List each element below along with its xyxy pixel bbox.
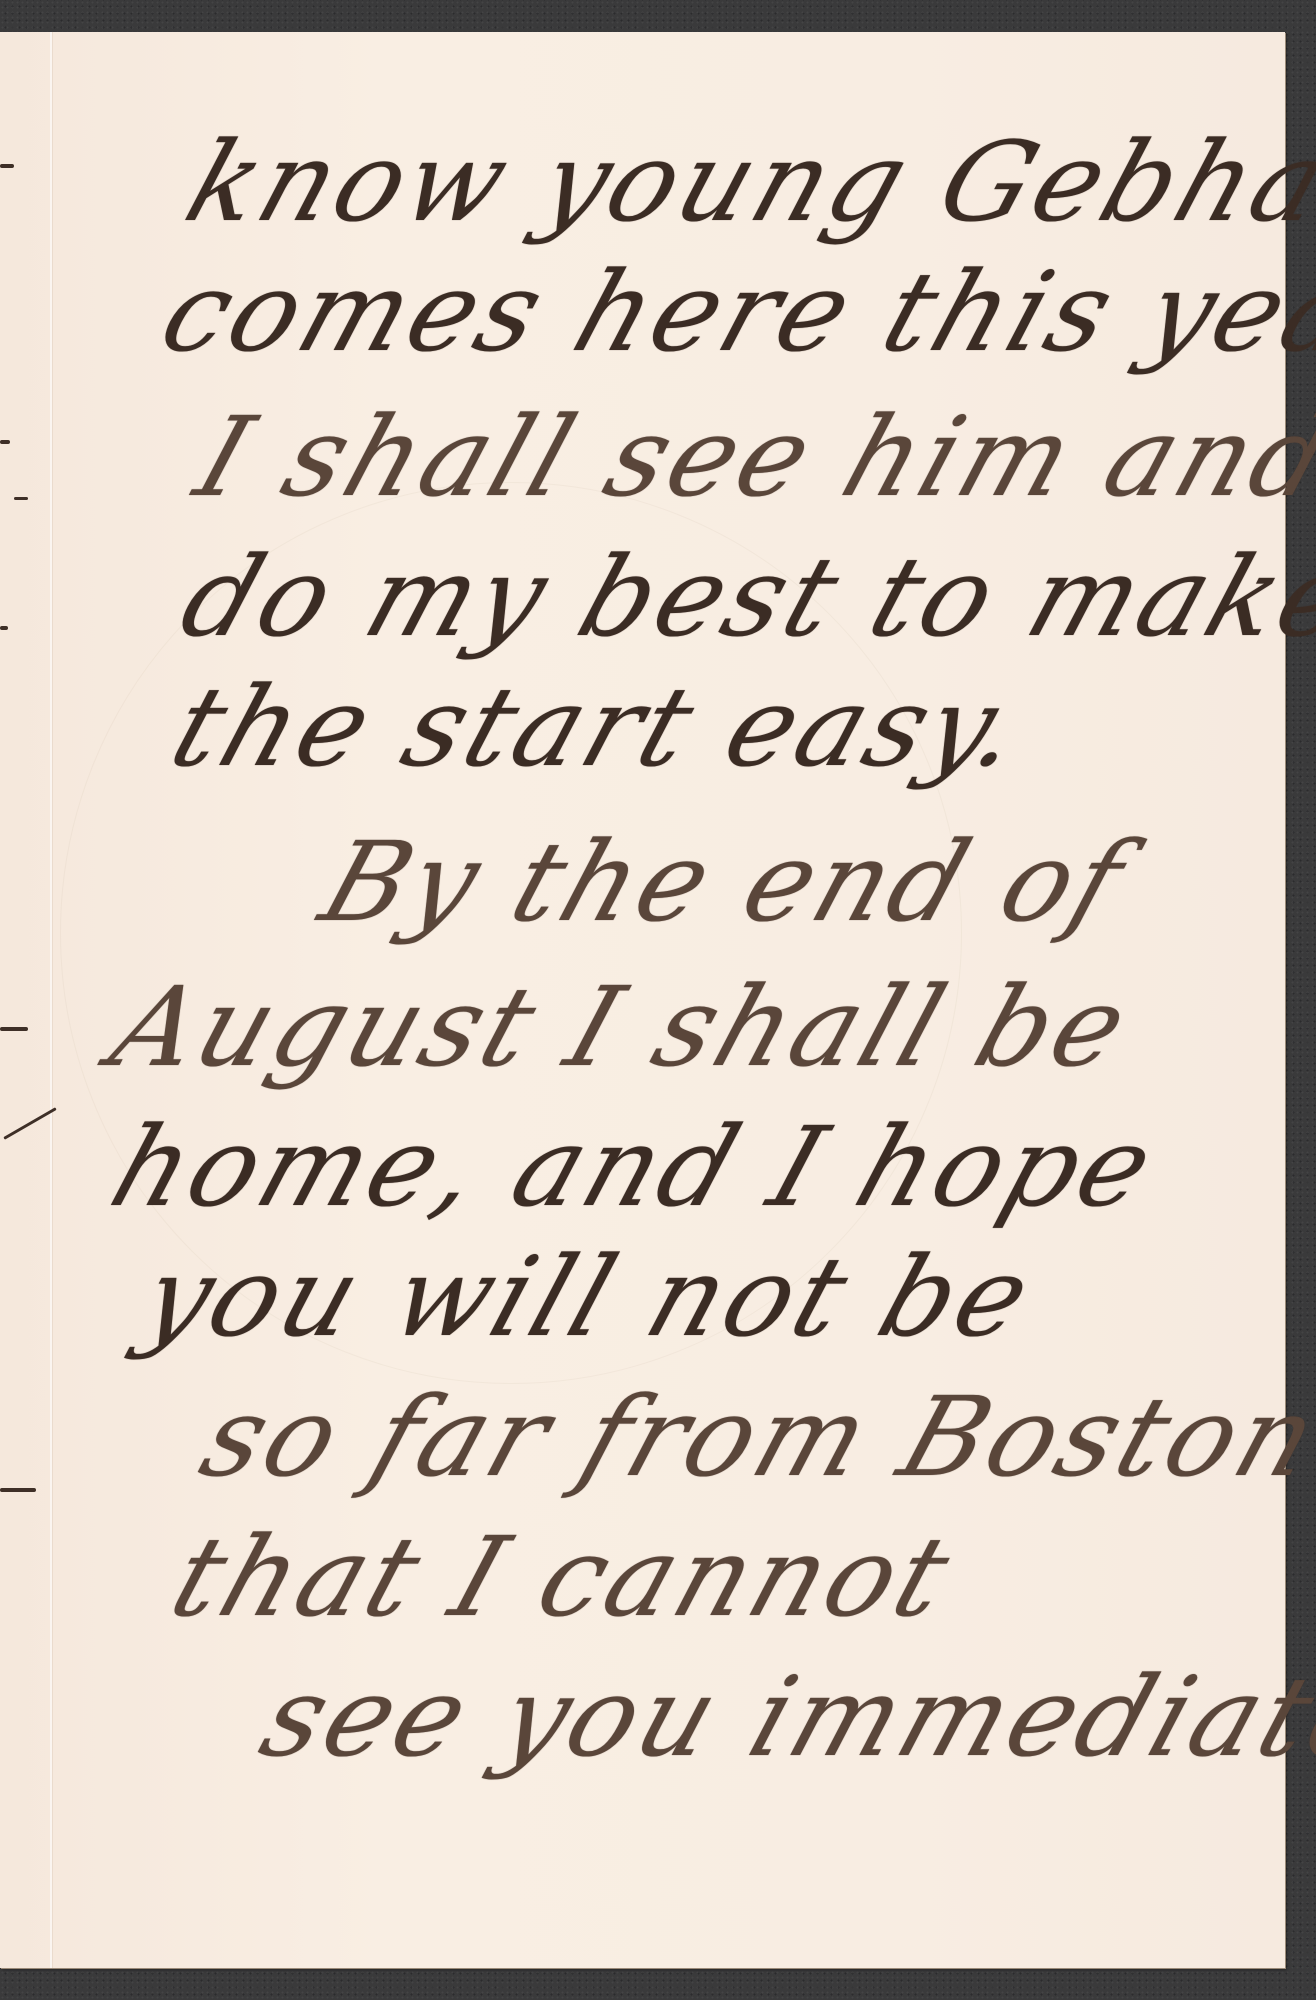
letter-page: know young Gebhard comes here this year.…	[0, 32, 1285, 1968]
left-page-fragment	[14, 497, 28, 500]
letter-line-7: August I shall be	[100, 972, 1143, 1082]
left-page-fragment	[0, 164, 14, 168]
letter-line-5: the start easy.	[160, 672, 1038, 782]
left-page-fragment	[0, 440, 10, 444]
paper-fold-crease	[50, 32, 52, 1968]
left-page-fragment	[0, 1488, 36, 1492]
letter-line-3: I shall see him and	[185, 402, 1316, 512]
left-page-fragment	[3, 1107, 56, 1140]
letter-line-12: see you immediately.	[250, 1662, 1316, 1772]
left-page-fragment	[0, 1027, 28, 1031]
left-page-fragment	[0, 626, 8, 630]
letter-line-8: home, and I hope	[100, 1112, 1169, 1222]
letter-line-1: know young Gebhard	[175, 127, 1316, 237]
letter-line-11: that I cannot	[160, 1522, 965, 1632]
letter-line-2: comes here this year.	[150, 257, 1316, 367]
letter-line-10: so far from Boston	[190, 1382, 1316, 1492]
letter-line-9: you will not be	[130, 1242, 1046, 1352]
letter-line-6: By the end of	[310, 827, 1139, 937]
letter-line-4: do my best to make	[170, 542, 1316, 652]
